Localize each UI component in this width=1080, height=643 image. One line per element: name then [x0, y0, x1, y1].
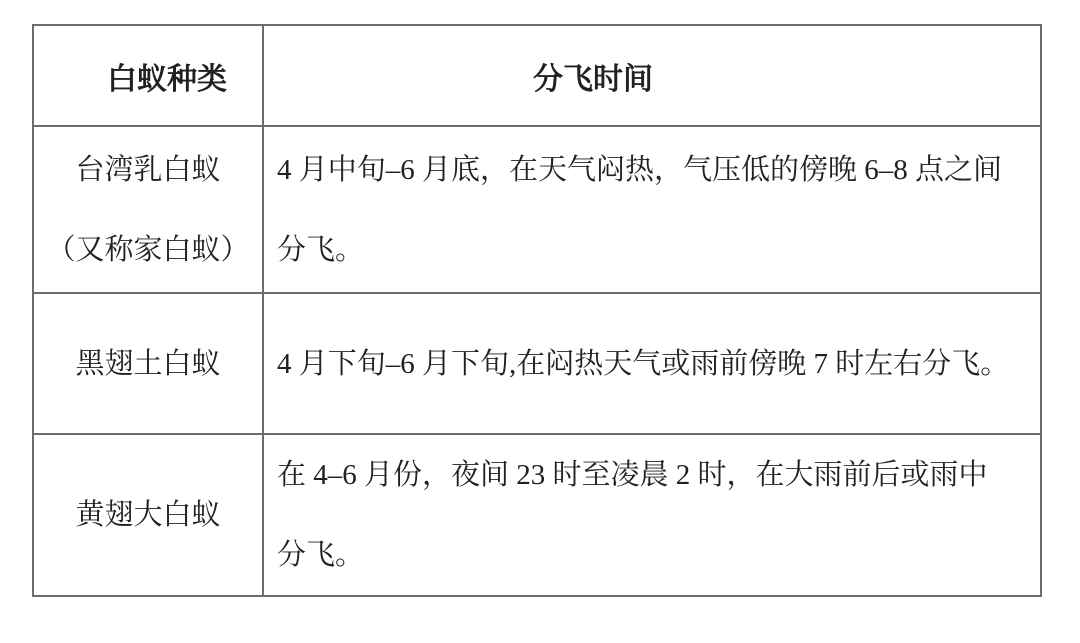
column-header-species: 白蚁种类 [33, 25, 263, 126]
column-header-time: 分飞时间 [263, 25, 1041, 126]
species-cell: 黄翅大白蚁 [33, 434, 263, 596]
time-text-line: 4 月中旬–6 月底，在天气闷热，气压低的傍晚 6–8 点之间 [277, 130, 1034, 210]
time-text-line: 4 月下旬–6 月下旬,在闷热天气或雨前傍晚 7 时左右分飞。 [277, 324, 1034, 404]
table-row: 黑翅土白蚁 4 月下旬–6 月下旬,在闷热天气或雨前傍晚 7 时左右分飞。 [33, 293, 1041, 434]
species-name: 黄翅大白蚁 [34, 475, 262, 555]
document-page: 白蚁种类 分飞时间 台湾乳白蚁 （又称家白蚁） 4 月中旬–6 月底，在天气闷热… [0, 0, 1080, 643]
species-name: 台湾乳白蚁 [34, 130, 262, 210]
time-cell: 在 4–6 月份，夜间 23 时至凌晨 2 时，在大雨前后或雨中 分飞。 [263, 434, 1041, 596]
species-cell: 黑翅土白蚁 [33, 293, 263, 434]
time-text-line: 在 4–6 月份，夜间 23 时至凌晨 2 时，在大雨前后或雨中 [277, 435, 1034, 515]
table-row: 台湾乳白蚁 （又称家白蚁） 4 月中旬–6 月底，在天气闷热，气压低的傍晚 6–… [33, 126, 1041, 293]
table-header-row: 白蚁种类 分飞时间 [33, 25, 1041, 126]
time-cell: 4 月中旬–6 月底，在天气闷热，气压低的傍晚 6–8 点之间 分飞。 [263, 126, 1041, 293]
species-cell: 台湾乳白蚁 （又称家白蚁） [33, 126, 263, 293]
time-text-line: 分飞。 [277, 515, 1034, 595]
time-text-line: 分飞。 [277, 210, 1034, 290]
termite-swarming-table: 白蚁种类 分飞时间 台湾乳白蚁 （又称家白蚁） 4 月中旬–6 月底，在天气闷热… [32, 24, 1042, 597]
time-cell: 4 月下旬–6 月下旬,在闷热天气或雨前傍晚 7 时左右分飞。 [263, 293, 1041, 434]
species-name: 黑翅土白蚁 [34, 324, 262, 404]
species-alias: （又称家白蚁） [34, 210, 262, 290]
column-header-species-label: 白蚁种类 [72, 54, 262, 98]
column-header-time-label: 分飞时间 [264, 54, 922, 98]
table-row: 黄翅大白蚁 在 4–6 月份，夜间 23 时至凌晨 2 时，在大雨前后或雨中 分… [33, 434, 1041, 596]
